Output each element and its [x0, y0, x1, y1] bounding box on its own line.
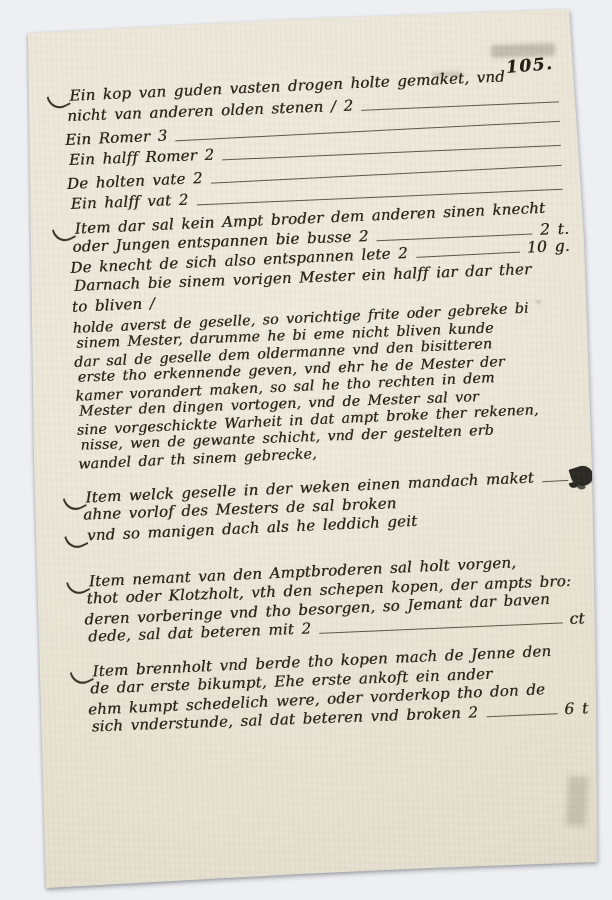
paper-speck	[116, 412, 120, 415]
smudge-mark-bottom-right	[566, 776, 589, 827]
rule-line	[319, 622, 562, 633]
scanner-background: 105. Ein kop van guden vasten drogen hol…	[0, 0, 612, 900]
manuscript-block: Item dar sal kein Ampt broder dem andere…	[68, 199, 572, 316]
line-amount: 10 g.	[526, 237, 570, 257]
line-text: to bliven /	[71, 294, 155, 316]
manuscript-block: Item welck geselle in der weken einen ma…	[79, 467, 581, 544]
manuscript-block: holde averst de geselle, so vorichtige f…	[72, 299, 578, 472]
manuscript-block: Item brennholt vnd berde tho kopen mach …	[86, 641, 589, 737]
manuscript-block: Ein kop van guden vasten drogen holte ge…	[63, 66, 568, 218]
manuscript-text: Ein kop van guden vasten drogen holte ge…	[63, 66, 589, 737]
line-amount: 6 t	[564, 699, 589, 718]
line-text: Ein halff vat 2	[70, 191, 188, 213]
manuscript-paper: 105. Ein kop van guden vasten drogen hol…	[0, 0, 612, 900]
line-text: De holten vate 2	[67, 169, 203, 193]
rule-line	[416, 252, 520, 258]
paper-shadow: 105. Ein kop van guden vasten drogen hol…	[0, 0, 612, 900]
rule-line	[542, 479, 568, 481]
paper-speck	[536, 300, 541, 304]
line-amount: 2 t.	[540, 219, 570, 238]
rule-line	[486, 713, 557, 717]
line-amount: ct	[569, 609, 585, 628]
line-text: Ein halff Romer 2	[69, 146, 215, 169]
manuscript-block: Item nemant van den Amptbroderen sal hol…	[82, 551, 585, 647]
line-text: Ein Romer 3	[65, 127, 168, 150]
